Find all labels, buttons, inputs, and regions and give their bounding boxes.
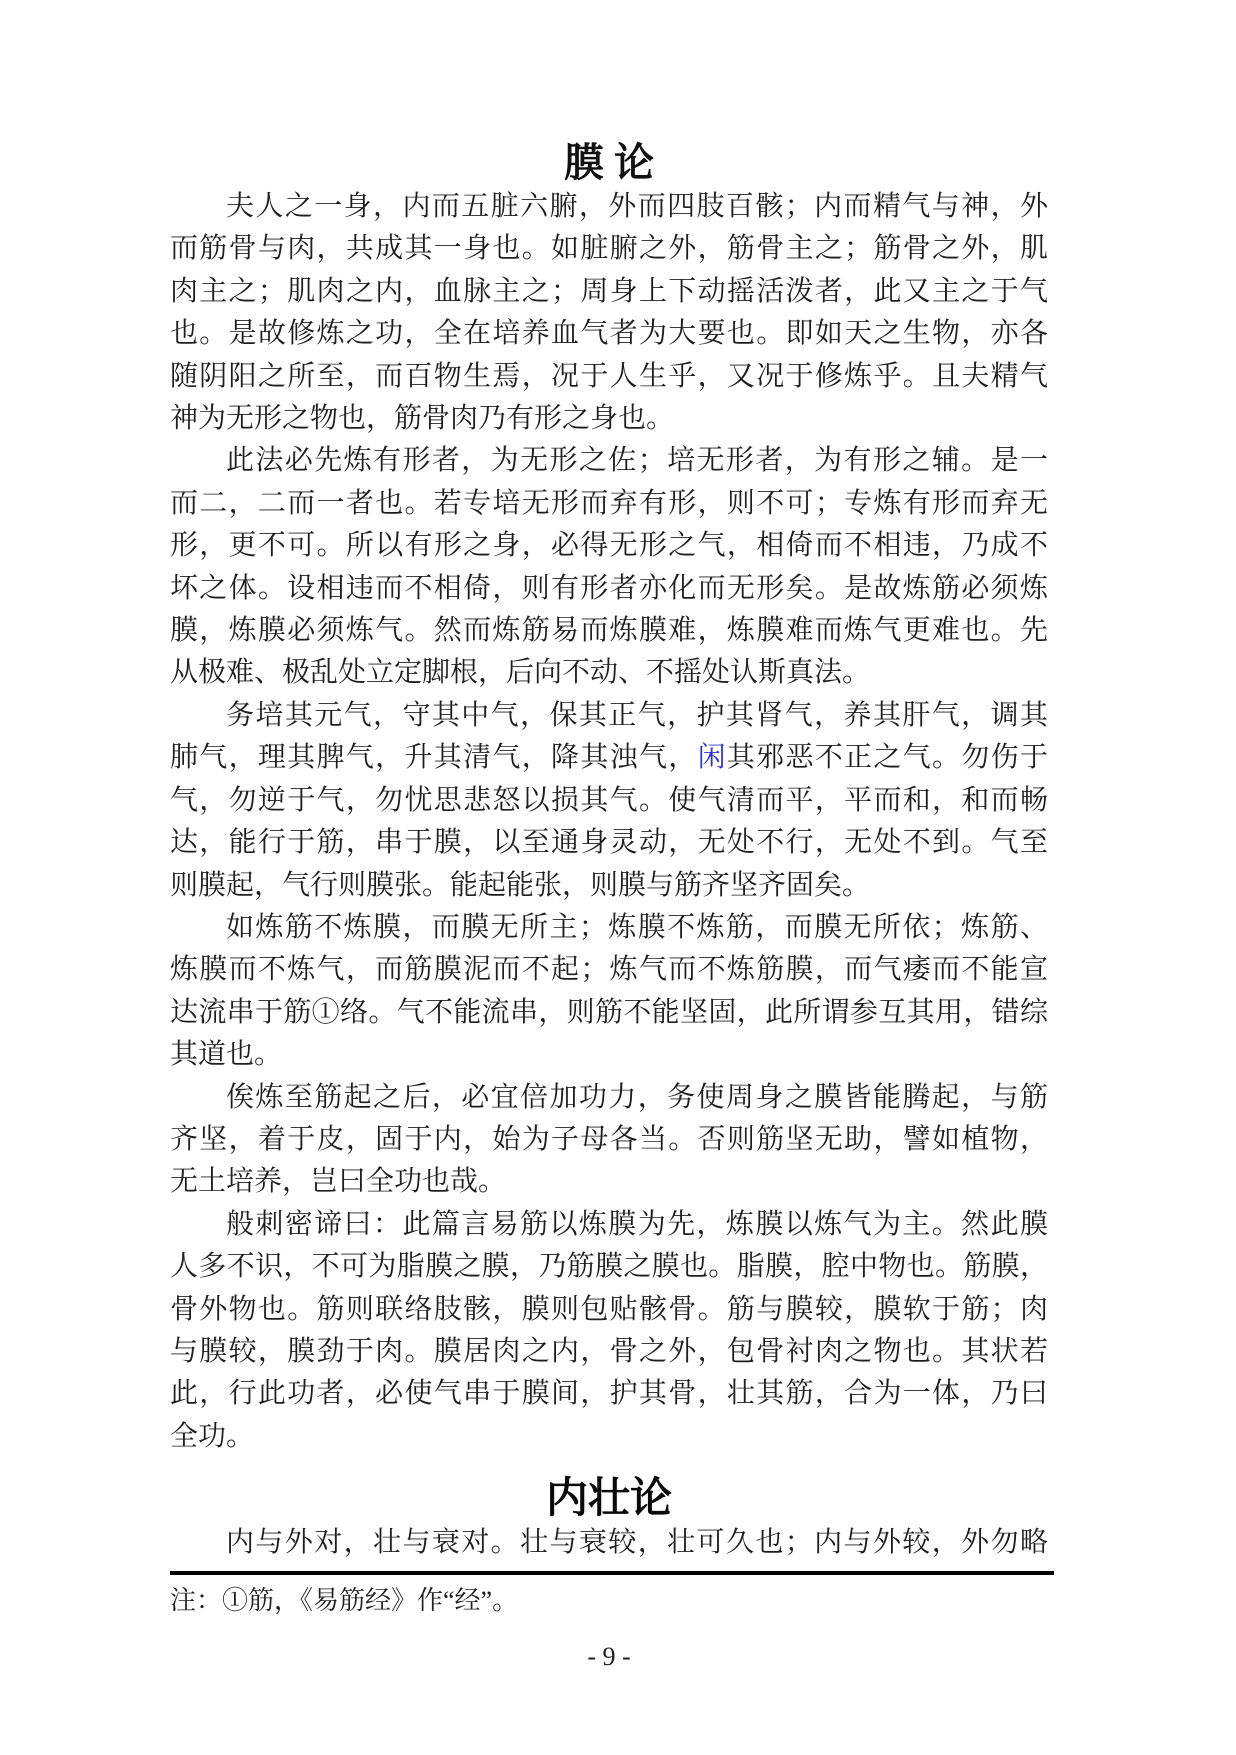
text-run: 随阴阳之所至，而百物生焉，况于人生乎，又况于修炼乎。且夫精气	[170, 361, 1048, 392]
text-line: 膜，炼膜必须炼气。然而炼筋易而炼膜难，炼膜难而炼气更难也。先	[170, 610, 1048, 652]
paragraph: 此法必先炼有形者，为无形之佐；培无形者，为有形之辅。是一而二，二而一者也。若专培…	[170, 440, 1048, 694]
text-line: 俟炼至筋起之后，必宜倍加功力，务使周身之膜皆能腾起，与筋	[170, 1077, 1048, 1119]
chapter-body-mo-lun: 夫人之一身，内而五脏六腑，外而四肢百骸；内而精气与神，外而筋骨与肉，共成其一身也…	[170, 186, 1048, 1458]
text-run: 全功。	[170, 1421, 254, 1452]
text-run: 膜，炼膜必须炼气。然而炼筋易而炼膜难，炼膜难而炼气更难也。先	[170, 615, 1048, 646]
text-run: 气，勿逆于气，勿忧思悲怒以损其气。使气清而平，平而和，和而畅	[170, 785, 1048, 816]
text-run: 炼膜而不炼气，而筋膜泥而不起；炼气而不炼筋膜，而气痿而不能宣	[170, 954, 1048, 985]
text-line: 此法必先炼有形者，为无形之佐；培无形者，为有形之辅。是一	[170, 440, 1048, 482]
text-run: 俟炼至筋起之后，必宜倍加功力，务使周身之膜皆能腾起，与筋	[226, 1082, 1048, 1113]
text-run: 从极难、极乱处立定脚根，后向不动、不摇处认斯真法。	[170, 657, 870, 688]
text-line: 气，勿逆于气，勿忧思悲怒以损其气。使气清而平，平而和，和而畅	[170, 780, 1048, 822]
paragraph: 俟炼至筋起之后，必宜倍加功力，务使周身之膜皆能腾起，与筋齐坚，着于皮，固于内，始…	[170, 1077, 1048, 1204]
text-line: 神为无形之物也，筋骨肉乃有形之身也。	[170, 398, 1048, 440]
text-line: 随阴阳之所至，而百物生焉，况于人生乎，又况于修炼乎。且夫精气	[170, 356, 1048, 398]
text-run: 也。是故修炼之功，全在培养血气者为大要也。即如天之生物，亦各	[170, 318, 1048, 349]
text-run: 肉主之；肌肉之内，血脉主之；周身上下动摇活泼者，此又主之于气	[170, 276, 1048, 307]
text-line: 与膜较，膜劲于肉。膜居肉之内，骨之外，包骨衬肉之物也。其状若	[170, 1331, 1048, 1373]
text-line: 从极难、极乱处立定脚根，后向不动、不摇处认斯真法。	[170, 652, 1048, 694]
page-content: 膜 论 夫人之一身，内而五脏六腑，外而四肢百骸；内而精气与神，外而筋骨与肉，共成…	[170, 0, 1048, 1617]
highlighted-char: 闲	[698, 742, 727, 773]
text-line: 夫人之一身，内而五脏六腑，外而四肢百骸；内而精气与神，外	[170, 186, 1048, 228]
text-line: 炼膜而不炼气，而筋膜泥而不起；炼气而不炼筋膜，而气痿而不能宣	[170, 949, 1048, 991]
text-line: 务培其元气，守其中气，保其正气，护其肾气，养其肝气，调其	[170, 695, 1048, 737]
text-run: 夫人之一身，内而五脏六腑，外而四肢百骸；内而精气与神，外	[226, 191, 1048, 222]
text-run: 而筋骨与肉，共成其一身也。如脏腑之外，筋骨主之；筋骨之外，肌	[170, 233, 1048, 264]
text-line: 达流串于筋①络。气不能流串，则筋不能坚固，此所谓参互其用，错综	[170, 992, 1048, 1034]
chapter-body-nei-zhuang-lun: 内与外对，壮与衰对。壮与衰较，壮可久也；内与外较，外勿略	[170, 1522, 1048, 1564]
text-run: 神为无形之物也，筋骨肉乃有形之身也。	[170, 403, 674, 434]
chapter-title-nei-zhuang-lun: 内壮论	[170, 1474, 1048, 1522]
text-line: 无土培养，岂曰全功也哉。	[170, 1161, 1048, 1203]
text-run: 般刺密谛曰：此篇言易筋以炼膜为先，炼膜以炼气为主。然此膜	[226, 1209, 1048, 1240]
paragraph: 般刺密谛曰：此篇言易筋以炼膜为先，炼膜以炼气为主。然此膜人多不识，不可为脂膜之膜…	[170, 1204, 1048, 1458]
text-line: 也。是故修炼之功，全在培养血气者为大要也。即如天之生物，亦各	[170, 313, 1048, 355]
footnote-separator	[170, 1571, 1054, 1575]
text-run: 无土培养，岂曰全功也哉。	[170, 1166, 506, 1197]
text-line: 般刺密谛曰：此篇言易筋以炼膜为先，炼膜以炼气为主。然此膜	[170, 1204, 1048, 1246]
text-line: 形，更不可。所以有形之身，必得无形之气，相倚而不相违，乃成不	[170, 525, 1048, 567]
text-run: 形，更不可。所以有形之身，必得无形之气，相倚而不相违，乃成不	[170, 530, 1048, 561]
text-line: 如炼筋不炼膜，而膜无所主；炼膜不炼筋，而膜无所依；炼筋、	[170, 907, 1048, 949]
text-line: 齐坚，着于皮，固于内，始为子母各当。否则筋坚无助，譬如植物，	[170, 1119, 1048, 1161]
text-line: 其道也。	[170, 1034, 1048, 1076]
text-line: 肺气，理其脾气，升其清气，降其浊气，闲其邪恶不正之气。勿伤于	[170, 737, 1048, 779]
text-run: 其邪恶不正之气。勿伤于	[727, 742, 1048, 773]
paragraph: 如炼筋不炼膜，而膜无所主；炼膜不炼筋，而膜无所依；炼筋、炼膜而不炼气，而筋膜泥而…	[170, 907, 1048, 1077]
text-run: 此，行此功者，必使气串于膜间，护其骨，壮其筋，合为一体，乃曰	[170, 1378, 1048, 1409]
text-run: 人多不识，不可为脂膜之膜，乃筋膜之膜也。脂膜，腔中物也。筋膜，	[170, 1251, 1048, 1282]
text-line: 肉主之；肌肉之内，血脉主之；周身上下动摇活泼者，此又主之于气	[170, 271, 1048, 313]
text-run: 如炼筋不炼膜，而膜无所主；炼膜不炼筋，而膜无所依；炼筋、	[226, 912, 1048, 943]
paragraph: 内与外对，壮与衰对。壮与衰较，壮可久也；内与外较，外勿略	[170, 1522, 1048, 1564]
text-run: 骨外物也。筋则联络肢骸，膜则包贴骸骨。筋与膜较，膜软于筋；肉	[170, 1294, 1048, 1325]
text-line: 则膜起，气行则膜张。能起能张，则膜与筋齐坚齐固矣。	[170, 865, 1048, 907]
document-page: 膜 论 夫人之一身，内而五脏六腑，外而四肢百骸；内而精气与神，外而筋骨与肉，共成…	[0, 0, 1236, 1755]
text-run: 此法必先炼有形者，为无形之佐；培无形者，为有形之辅。是一	[226, 445, 1048, 476]
text-line: 全功。	[170, 1416, 1048, 1458]
text-line: 而二，二而一者也。若专培无形而弃有形，则不可；专炼有形而弃无	[170, 483, 1048, 525]
text-line: 此，行此功者，必使气串于膜间，护其骨，壮其筋，合为一体，乃曰	[170, 1373, 1048, 1415]
paragraph: 务培其元气，守其中气，保其正气，护其肾气，养其肝气，调其肺气，理其脾气，升其清气…	[170, 695, 1048, 907]
text-line: 人多不识，不可为脂膜之膜，乃筋膜之膜也。脂膜，腔中物也。筋膜，	[170, 1246, 1048, 1288]
page-number: - 9 -	[170, 1642, 1048, 1672]
text-run: 与膜较，膜劲于肉。膜居肉之内，骨之外，包骨衬肉之物也。其状若	[170, 1336, 1048, 1367]
paragraph: 夫人之一身，内而五脏六腑，外而四肢百骸；内而精气与神，外而筋骨与肉，共成其一身也…	[170, 186, 1048, 440]
footnote: 注：①筋，《易筋经》作“经”。	[170, 1585, 1048, 1617]
text-line: 骨外物也。筋则联络肢骸，膜则包贴骸骨。筋与膜较，膜软于筋；肉	[170, 1289, 1048, 1331]
text-line: 达，能行于筋，串于膜，以至通身灵动，无处不行，无处不到。气至	[170, 822, 1048, 864]
text-line: 内与外对，壮与衰对。壮与衰较，壮可久也；内与外较，外勿略	[170, 1522, 1048, 1564]
text-run: 达流串于筋①络。气不能流串，则筋不能坚固，此所谓参互其用，错综	[170, 997, 1048, 1028]
chapter-title-mo-lun: 膜 论	[170, 0, 1048, 186]
text-run: 坏之体。设相违而不相倚，则有形者亦化而无形矣。是故炼筋必须炼	[170, 573, 1048, 604]
text-line: 坏之体。设相违而不相倚，则有形者亦化而无形矣。是故炼筋必须炼	[170, 568, 1048, 610]
text-run: 齐坚，着于皮，固于内，始为子母各当。否则筋坚无助，譬如植物，	[170, 1124, 1048, 1155]
text-run: 达，能行于筋，串于膜，以至通身灵动，无处不行，无处不到。气至	[170, 827, 1048, 858]
text-line: 而筋骨与肉，共成其一身也。如脏腑之外，筋骨主之；筋骨之外，肌	[170, 228, 1048, 270]
text-run: 其道也。	[170, 1039, 282, 1070]
text-run: 肺气，理其脾气，升其清气，降其浊气，	[170, 742, 698, 773]
text-run: 务培其元气，守其中气，保其正气，护其肾气，养其肝气，调其	[226, 700, 1048, 731]
text-run: 而二，二而一者也。若专培无形而弃有形，则不可；专炼有形而弃无	[170, 488, 1048, 519]
text-run: 内与外对，壮与衰对。壮与衰较，壮可久也；内与外较，外勿略	[226, 1527, 1048, 1558]
text-run: 则膜起，气行则膜张。能起能张，则膜与筋齐坚齐固矣。	[170, 870, 870, 901]
